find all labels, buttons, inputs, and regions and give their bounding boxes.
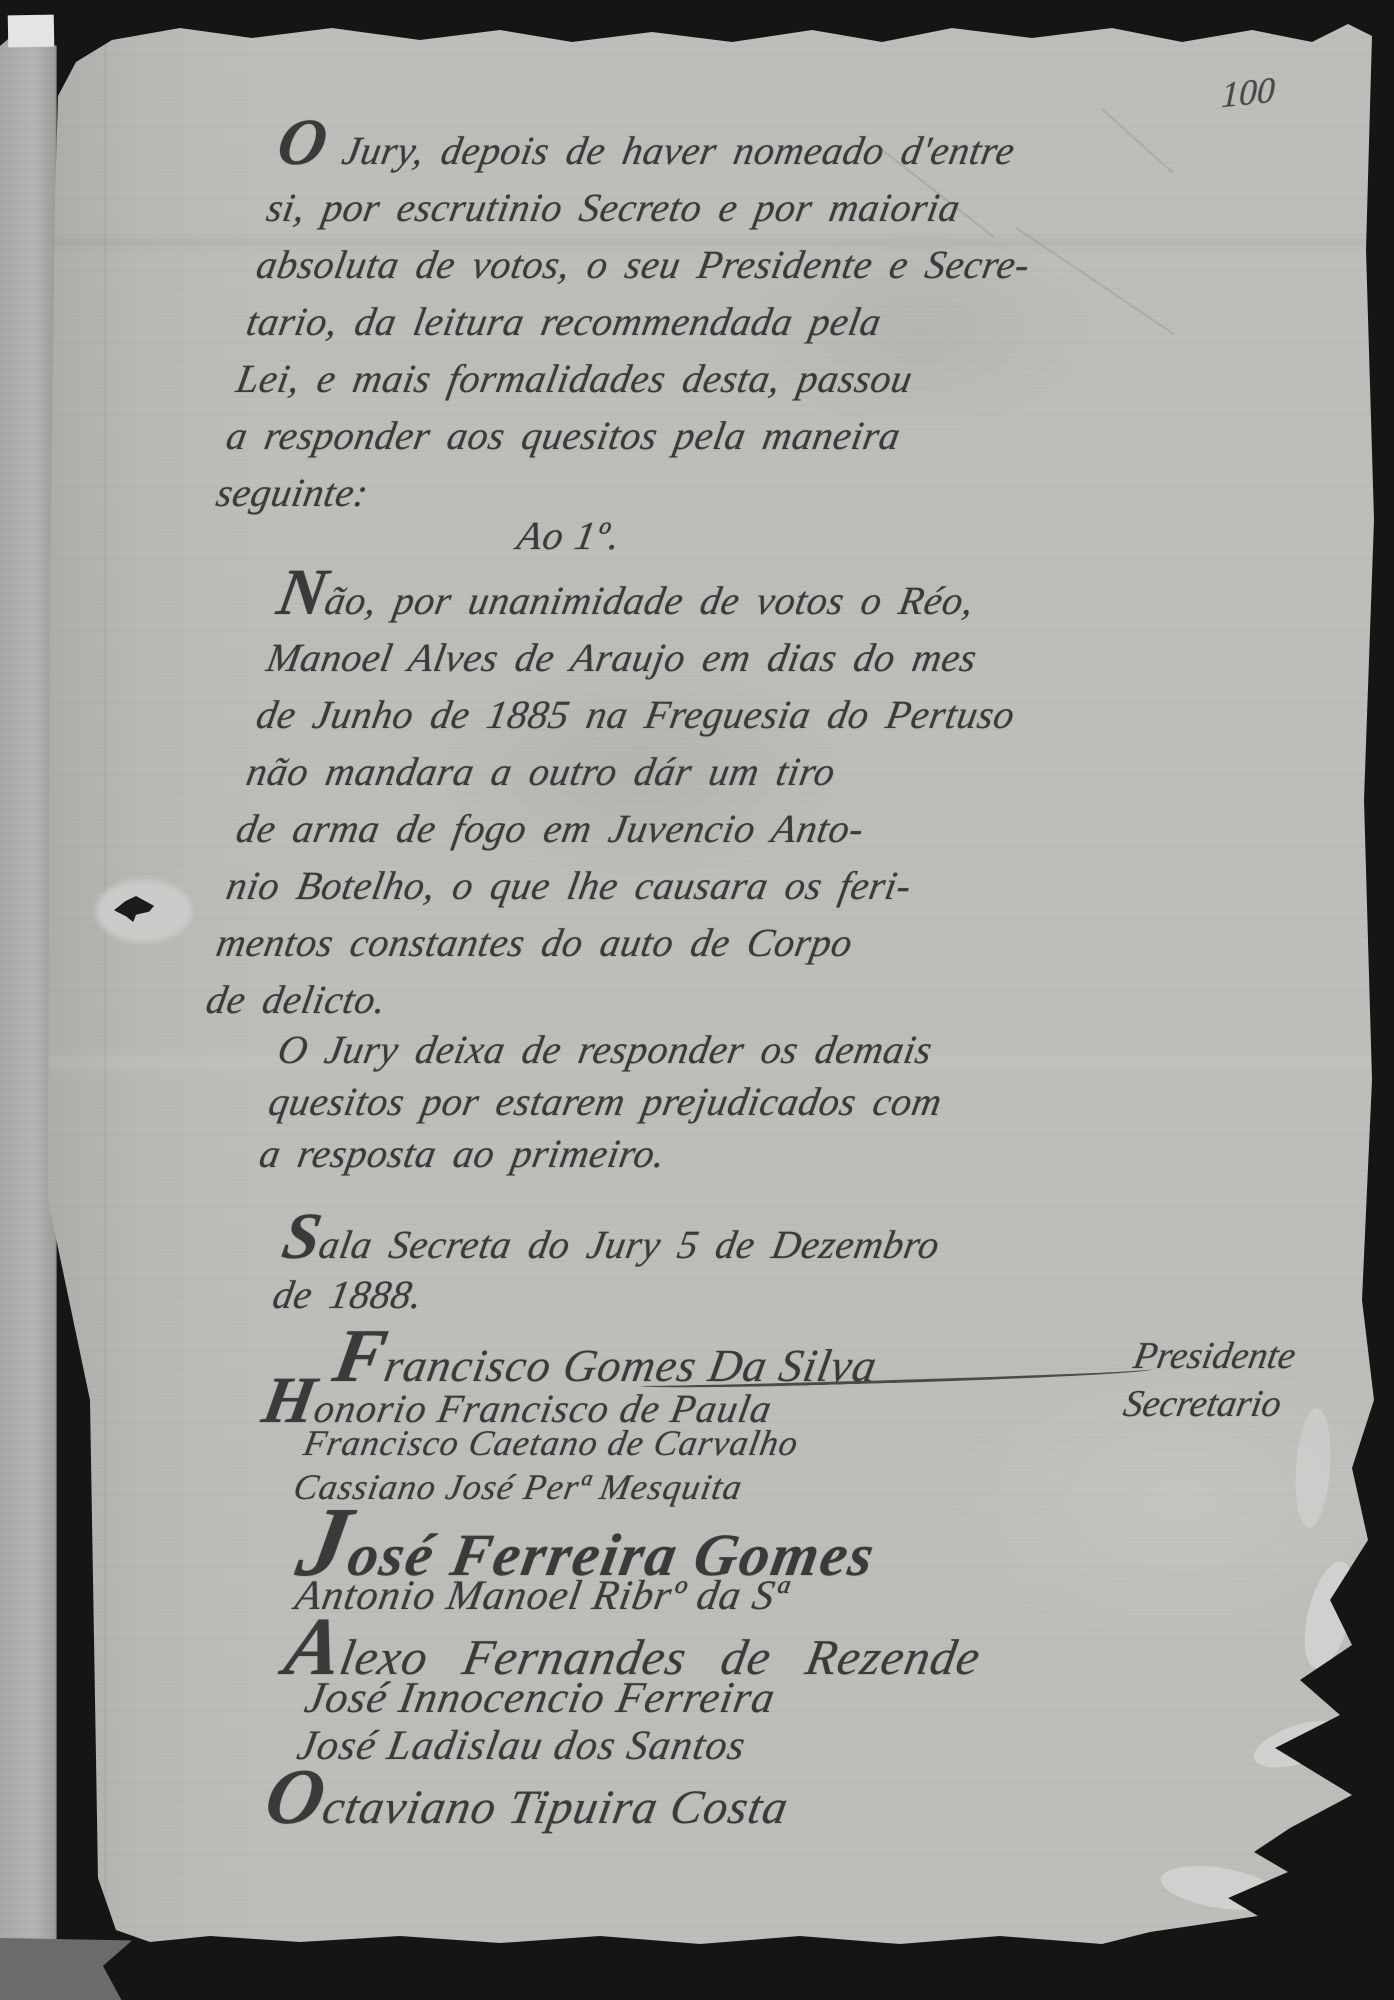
- question-heading: Ao 1º.: [514, 512, 625, 559]
- manuscript-closing: Sala Secreta do Jury 5 de Dezembro de 18…: [269, 1212, 945, 1320]
- signature: Francisco Caetano de Carvalho: [301, 1422, 802, 1464]
- adjacent-page-edge: [0, 0, 57, 2000]
- manuscript-line: absoluta de votos, o seu Presidente e Se…: [252, 236, 1034, 293]
- manuscript-line: Lei, e mais formalidades desta, passou: [232, 350, 1014, 407]
- manuscript-line: O Jury, depois de haver nomeado d'entre: [272, 118, 1055, 179]
- torn-edge-fringe: [1292, 1407, 1334, 1529]
- manuscript-line: Sala Secreta do Jury 5 de Dezembro: [278, 1212, 945, 1270]
- manuscript-line: de 1888.: [269, 1270, 935, 1320]
- manuscript-paragraph: O Jury deixa de responder os demais ques…: [255, 1024, 955, 1180]
- manuscript-line: quesitos por estarem prejudicados com: [265, 1076, 947, 1128]
- pencil-smudge: [1016, 227, 1175, 335]
- manuscript-paragraph: Não, por unanimidade de votos o Réo, Man…: [202, 568, 1041, 1028]
- manuscript-line: nio Botelho, o que lhe causara os feri-: [222, 857, 989, 914]
- manuscript-page: 100 O Jury, depois de haver nomeado d'en…: [0, 0, 1394, 2000]
- manuscript-line: Não, por unanimidade de votos o Réo,: [272, 568, 1040, 629]
- pencil-smudge: [1102, 108, 1174, 173]
- signature-role: Secretario: [1120, 1382, 1285, 1426]
- signature: José Innocencio Ferreira: [301, 1672, 780, 1723]
- signature: Cassiano José Perª Mesquita: [291, 1466, 746, 1508]
- manuscript-line: não mandara a outro dár um tiro: [242, 743, 1009, 800]
- signature: Antonio Manoel Ribrº da Sª: [292, 1572, 792, 1620]
- manuscript-line: Manoel Alves de Araujo em dias do mes: [262, 629, 1029, 686]
- manuscript-line: a resposta ao primeiro.: [255, 1128, 937, 1180]
- page-number: 100: [1221, 68, 1276, 116]
- manuscript-line: de Junho de 1885 na Freguesia do Pertuso: [252, 686, 1019, 743]
- torn-edge-fringe: [1295, 1557, 1362, 1674]
- manuscript-line: O Jury deixa de responder os demais: [274, 1024, 956, 1076]
- torn-paper-scrap: [0, 1938, 132, 2000]
- manuscript-line: tario, da leitura recommendada pela: [242, 293, 1024, 350]
- signature: José Ladislau dos Santos: [294, 1722, 750, 1770]
- manuscript-line: mentos constantes do auto de Corpo: [212, 914, 979, 971]
- torn-edge-fringe: [1158, 1859, 1283, 1917]
- torn-edge-fringe: [1248, 1711, 1351, 1777]
- manuscript-line: a responder aos quesitos pela maneira: [222, 407, 1004, 464]
- binding-tab: [8, 15, 55, 48]
- manuscript-line: si, por escrutinio Secreto e por maioria: [262, 179, 1044, 236]
- manuscript-line: de delicto.: [202, 971, 969, 1028]
- signature-role: Presidente: [1130, 1334, 1299, 1378]
- manuscript-line: de arma de fogo em Juvencio Anto-: [232, 800, 999, 857]
- signature: Octaviano Tipuira Costa: [260, 1768, 795, 1835]
- manuscript-paragraph: O Jury, depois de haver nomeado d'entre …: [212, 118, 1055, 521]
